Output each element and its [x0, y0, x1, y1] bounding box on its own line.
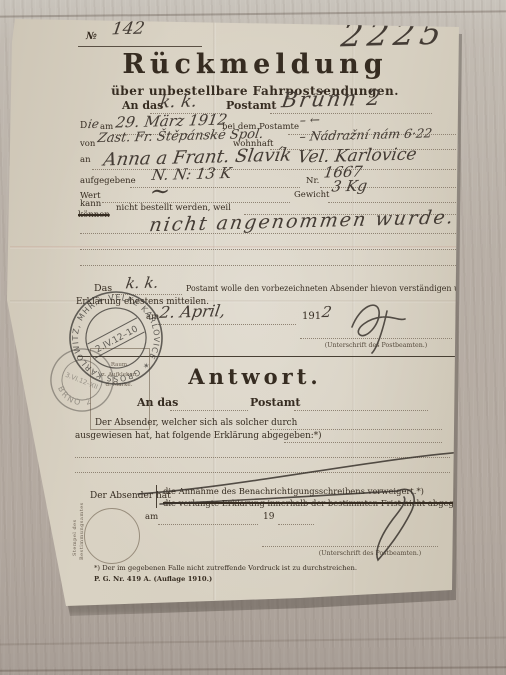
blank-line [278, 524, 314, 525]
ruled-line [75, 472, 450, 473]
blank-line [294, 410, 428, 411]
stamp-placeholder-circle [84, 508, 140, 564]
hw-wert: ~ [148, 177, 172, 206]
photo-of-postal-form: № 142 2225 Rückmeldung über unbestellbar… [0, 0, 506, 675]
ruled-line [80, 233, 456, 234]
signature-caption-2: (Unterschrift des Postbeamten.) [290, 550, 450, 557]
doc-number-value: 142 [110, 19, 146, 40]
antwort-line2: ausgewiesen hat, hat folgende Erklärung … [75, 431, 322, 441]
kann-label: kann [80, 199, 101, 209]
koennen-label: können [78, 210, 110, 220]
form-reference: P. G. Nr. 419 A. (Auflage 1910.) [94, 575, 212, 583]
ruled-line [80, 265, 456, 266]
aufgegebene-label: aufgegebene [80, 176, 136, 186]
option-1: die Annahme des Benachrichtigungsschreib… [163, 486, 424, 496]
notice-line1: Postamt wolle den vorbezeichneten Absend… [186, 283, 493, 293]
blank-line [170, 410, 248, 411]
antwort-year: 19 [263, 512, 274, 522]
blank-line [158, 524, 258, 525]
das-label: Das [94, 283, 112, 294]
an-label: an [80, 155, 91, 165]
postamt-label: Postamt [226, 99, 276, 112]
hw-ie: ie [87, 117, 100, 131]
signature-line-2 [262, 546, 438, 547]
blank-line [328, 202, 456, 203]
gewicht-label: Gewicht [294, 190, 329, 200]
page-title: Rückmeldung [55, 49, 455, 80]
nr-label: Nr. [306, 176, 319, 186]
page-subtitle: über unbestellbare Fahrpostsendungen. [55, 84, 455, 98]
blank-line [158, 324, 296, 325]
ruled-line [75, 457, 450, 458]
antwort-postamt: Postamt [250, 396, 300, 409]
year-print: 191 [302, 311, 321, 322]
hw-day: 2. April, [158, 301, 226, 322]
antwort-heading: Antwort. [55, 364, 455, 389]
option-2: die verlangte Erklärung innerhalb der be… [163, 498, 485, 508]
document-paper: № 142 2225 Rückmeldung über unbestellbar… [0, 0, 506, 675]
doc-number-label: № [86, 31, 97, 42]
an-das-label: An das [122, 99, 163, 112]
antwort-am-label: am [145, 512, 158, 522]
hw-weight: 3 Kg [331, 177, 369, 196]
blank-line [284, 442, 442, 443]
stamp-hint-line2: Bestimmungsamtes [79, 502, 85, 560]
hw-office: Brünn 2 [280, 86, 384, 113]
notice-am-label: am [146, 312, 159, 322]
signature-line [300, 338, 452, 339]
ruled-line [80, 249, 456, 250]
hw-year: 2 [321, 303, 333, 321]
blank-line [270, 429, 442, 430]
absender-hat-label: Der Absender hat [90, 491, 171, 501]
von-label: von [80, 139, 95, 149]
options-brace [156, 485, 157, 508]
blank-line [270, 113, 432, 114]
hw-kk: k. k. [158, 92, 198, 113]
doc-number-underline [78, 46, 202, 47]
wood-plank-seam-top [0, 10, 506, 17]
wood-plank-seam-lower [0, 666, 506, 672]
weil-label: nicht bestellt werden, weil [116, 203, 231, 213]
hw-address: – Nádražní nám 6·22 [299, 125, 434, 143]
footnote: *) Der im gegebenen Falle nicht zutreffe… [94, 564, 357, 572]
blank-line [112, 294, 182, 295]
stamp-hint-line1: Stempel des [72, 519, 78, 556]
antwort-line1: Der Absender, welcher sich als solcher d… [95, 418, 297, 428]
hw-kk-2: k. k. [125, 274, 160, 293]
wood-plank-seam-bottom [0, 636, 506, 645]
antwort-an-das: An das [137, 396, 178, 409]
hw-marks: – ← [299, 113, 321, 128]
signature-caption: (Unterschrift des Postbeamten.) [300, 342, 452, 349]
